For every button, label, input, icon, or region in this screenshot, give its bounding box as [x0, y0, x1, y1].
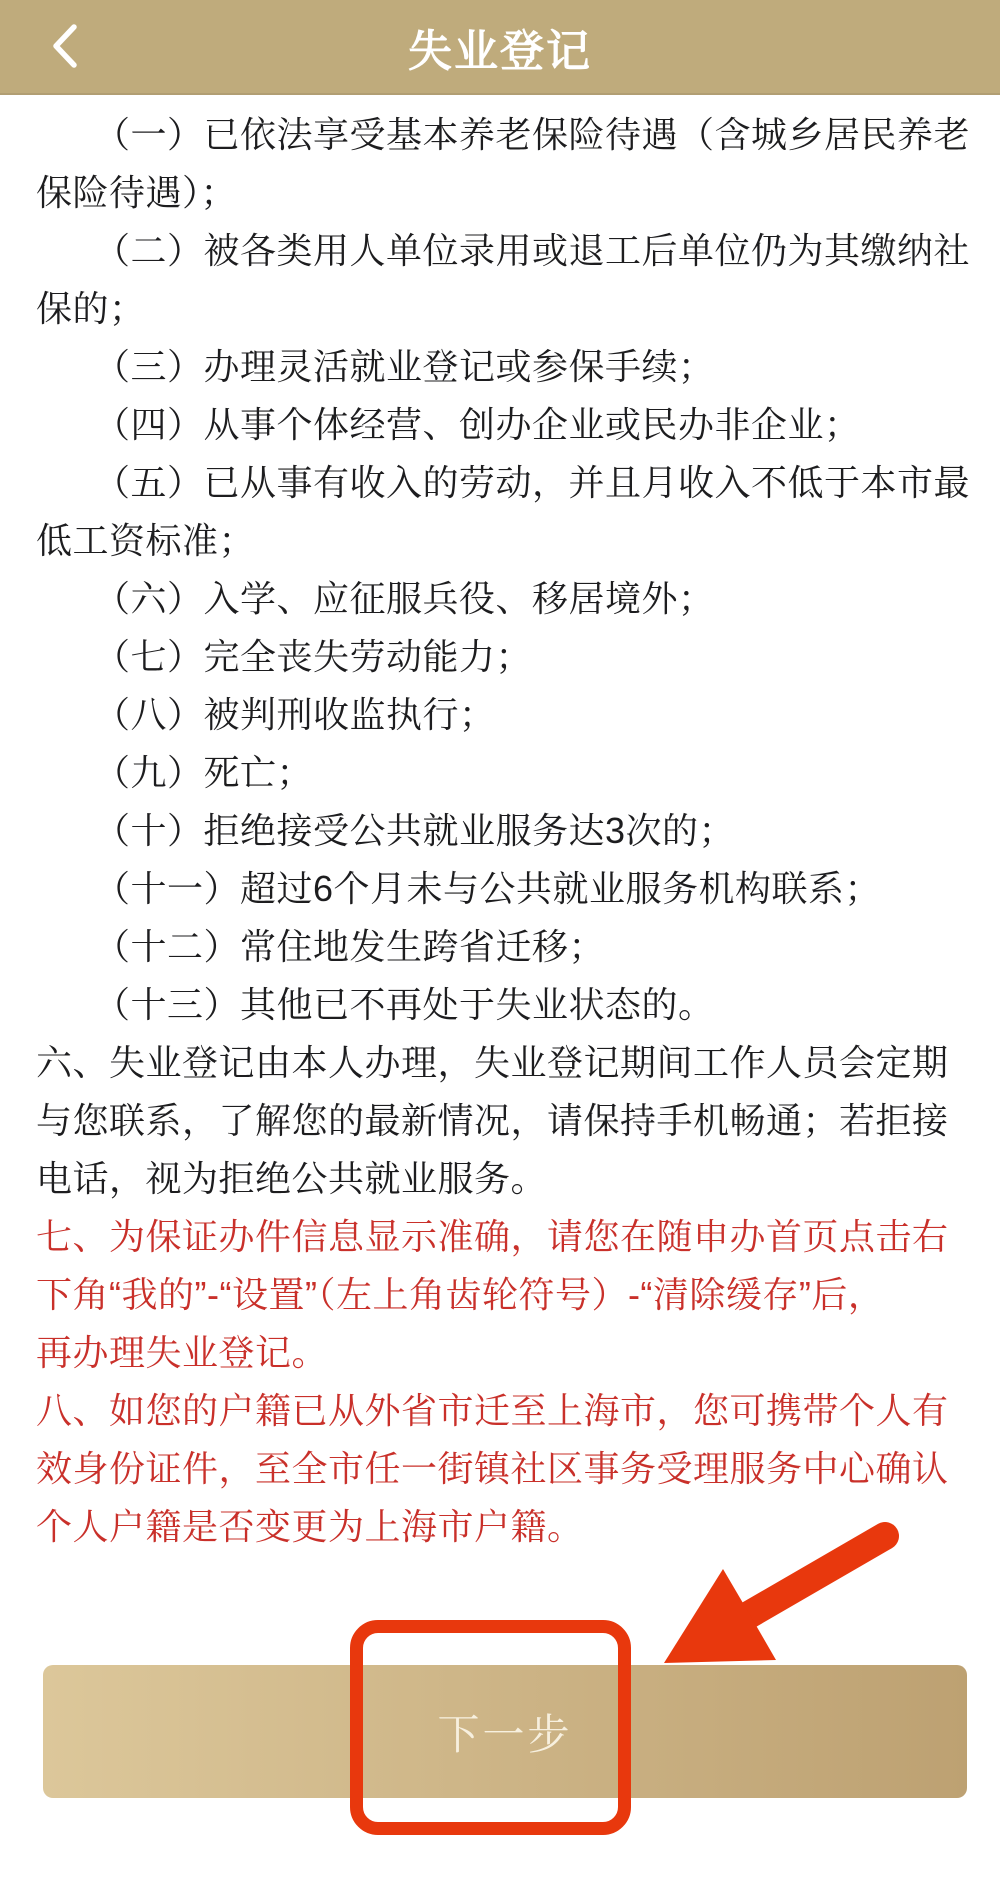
notice-line: （二）被各类用人单位录用或退工后单位仍为其缴纳社 [36, 222, 964, 280]
notice-line: 与您联系，了解您的最新情况，请保持手机畅通；若拒接 [36, 1092, 964, 1150]
notice-line: 下角“我的”-“设置”（左上角齿轮符号）-“清除缓存”后， [36, 1266, 964, 1324]
next-button[interactable]: 下一步 [43, 1665, 967, 1798]
notice-line: （十一）超过6个月未与公共就业服务机构联系； [36, 860, 964, 918]
notice-line: 电话，视为拒绝公共就业服务。 [36, 1150, 964, 1208]
notice-line: （七）完全丧失劳动能力； [36, 628, 964, 686]
notice-line: 六、失业登记由本人办理，失业登记期间工作人员会定期 [36, 1034, 964, 1092]
notice-line: （十二）常住地发生跨省迁移； [36, 918, 964, 976]
notice-line: （五）已从事有收入的劳动，并且月收入不低于本市最 [36, 454, 964, 512]
notice-line: （三）办理灵活就业登记或参保手续； [36, 338, 964, 396]
page-title: 失业登记 [408, 15, 592, 79]
chevron-left-icon [52, 24, 78, 71]
back-button[interactable] [30, 0, 100, 95]
notice-line: （一）已依法享受基本养老保险待遇（含城乡居民养老 [36, 106, 964, 164]
notice-line: （十）拒绝接受公共就业服务达3次的； [36, 802, 964, 860]
notice-line: 效身份证件，至全市任一街镇社区事务受理服务中心确认 [36, 1440, 964, 1498]
notice-line: 保的； [36, 280, 964, 338]
notice-line: 个人户籍是否变更为上海市户籍。 [36, 1498, 964, 1556]
header: 失业登记 [0, 0, 1000, 95]
notice-line: （六）入学、应征服兵役、移居境外； [36, 570, 964, 628]
notice-line: （八）被判刑收监执行； [36, 686, 964, 744]
notice-line: 低工资标准； [36, 512, 964, 570]
notice-line: 八、如您的户籍已从外省市迁至上海市，您可携带个人有 [36, 1382, 964, 1440]
notice-line: （四）从事个体经营、创办企业或民办非企业； [36, 396, 964, 454]
notice-line: （十三）其他已不再处于失业状态的。 [36, 976, 964, 1034]
notice-line: 保险待遇）； [36, 164, 964, 222]
notice-line: （九）死亡； [36, 744, 964, 802]
notice-line: 再办理失业登记。 [36, 1324, 964, 1382]
notice-text: （一）已依法享受基本养老保险待遇（含城乡居民养老保险待遇）；（二）被各类用人单位… [0, 95, 1000, 1556]
notice-line: 七、为保证办件信息显示准确，请您在随申办首页点击右 [36, 1208, 964, 1266]
